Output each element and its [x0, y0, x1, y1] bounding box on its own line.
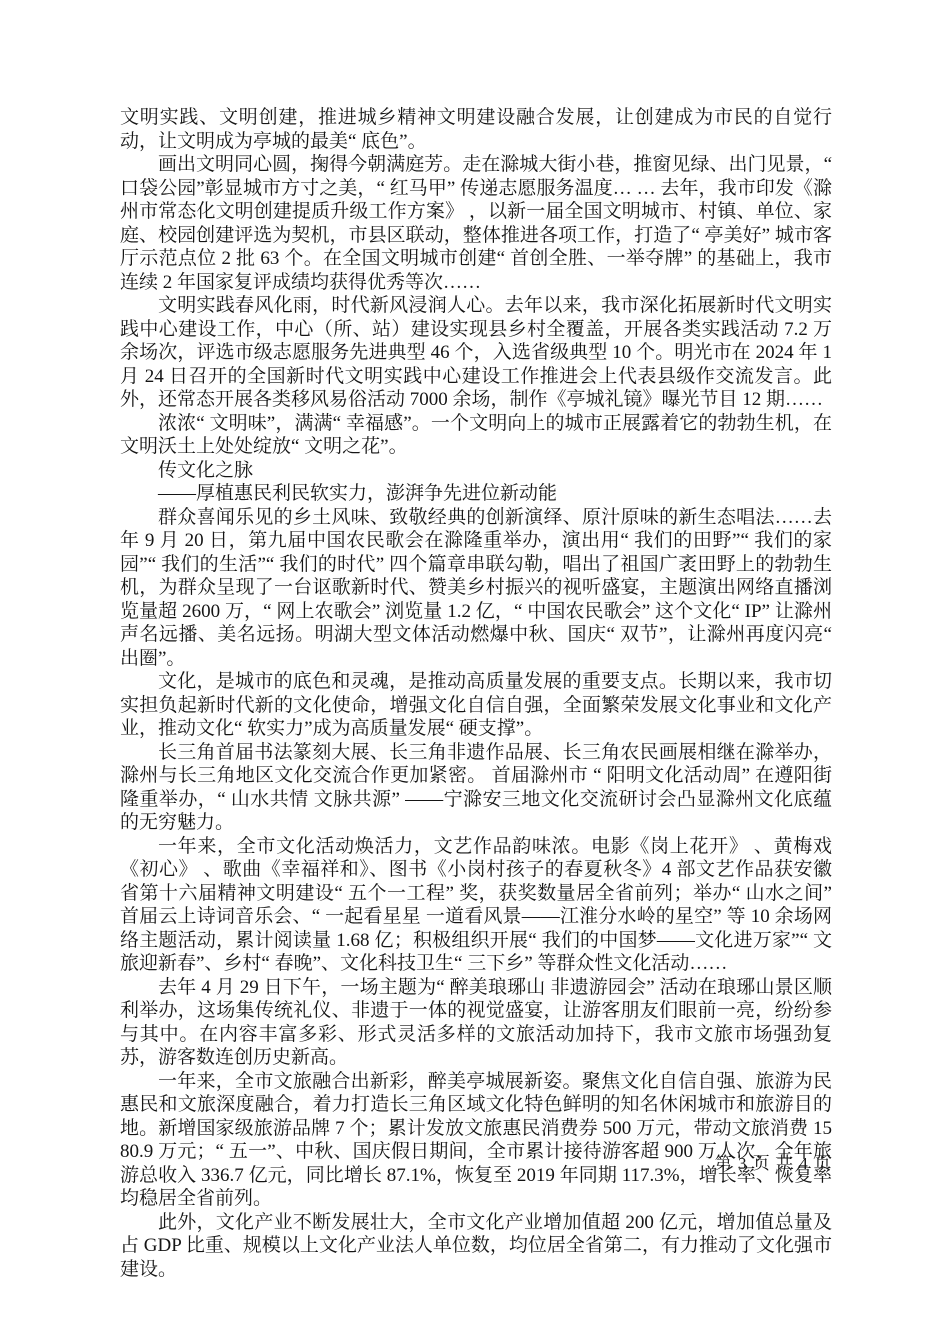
- paragraph: 去年 4 月 29 日下午，一场主题为“ 醉美琅琊山 非遗游园会” 活动在琅琊山…: [120, 976, 832, 1070]
- paragraph: 一年来，全市文化活动焕活力，文艺作品韵味浓。电影《岗上花开》 、黄梅戏《初心》 …: [120, 835, 832, 976]
- paragraph: 文明实践春风化雨，时代新风浸润人心。去年以来，我市深化拓展新时代文明实践中心建设…: [120, 294, 832, 412]
- paragraph: 浓浓“ 文明味”，满满“ 幸福感”。一个文明向上的城市正展露着它的勃勃生机，在文…: [120, 412, 832, 459]
- section-heading: 传文化之脉: [120, 459, 832, 483]
- document-page: 文明实践、文明创建，推进城乡精神文明建设融合发展，让创建成为市民的自觉行动，让文…: [0, 0, 950, 1344]
- section-subheading: ——厚植惠民利民软实力，澎湃争先进位新动能: [120, 482, 832, 506]
- paragraph: 一年来，全市文旅融合出新彩，醉美亭城展新姿。聚焦文化自信自强、旅游为民惠民和文旅…: [120, 1070, 832, 1211]
- paragraph: 文明实践、文明创建，推进城乡精神文明建设融合发展，让创建成为市民的自觉行动，让文…: [120, 106, 832, 153]
- paragraph: 群众喜闻乐见的乡土风味、致敬经典的创新演绎、原汁原味的新生态唱法……去年 9 月…: [120, 506, 832, 671]
- paragraph: 长三角首届书法篆刻大展、长三角非遗作品展、长三角农民画展相继在滁举办，滁州与长三…: [120, 741, 832, 835]
- page-number-footer: 第 3 页 共 4 页: [715, 1153, 832, 1175]
- paragraph: 此外，文化产业不断发展壮大，全市文化产业增加值超 200 亿元，增加值总量及占 …: [120, 1211, 832, 1282]
- paragraph: 文化，是城市的底色和灵魂，是推动高质量发展的重要支点。长期以来，我市切实担负起新…: [120, 670, 832, 741]
- paragraph: 画出文明同心圆，掬得今朝满庭芳。走在滁城大街小巷，推窗见绿、出门见景，“ 口袋公…: [120, 153, 832, 294]
- document-body-text: 文明实践、文明创建，推进城乡精神文明建设融合发展，让创建成为市民的自觉行动，让文…: [120, 106, 832, 1281]
